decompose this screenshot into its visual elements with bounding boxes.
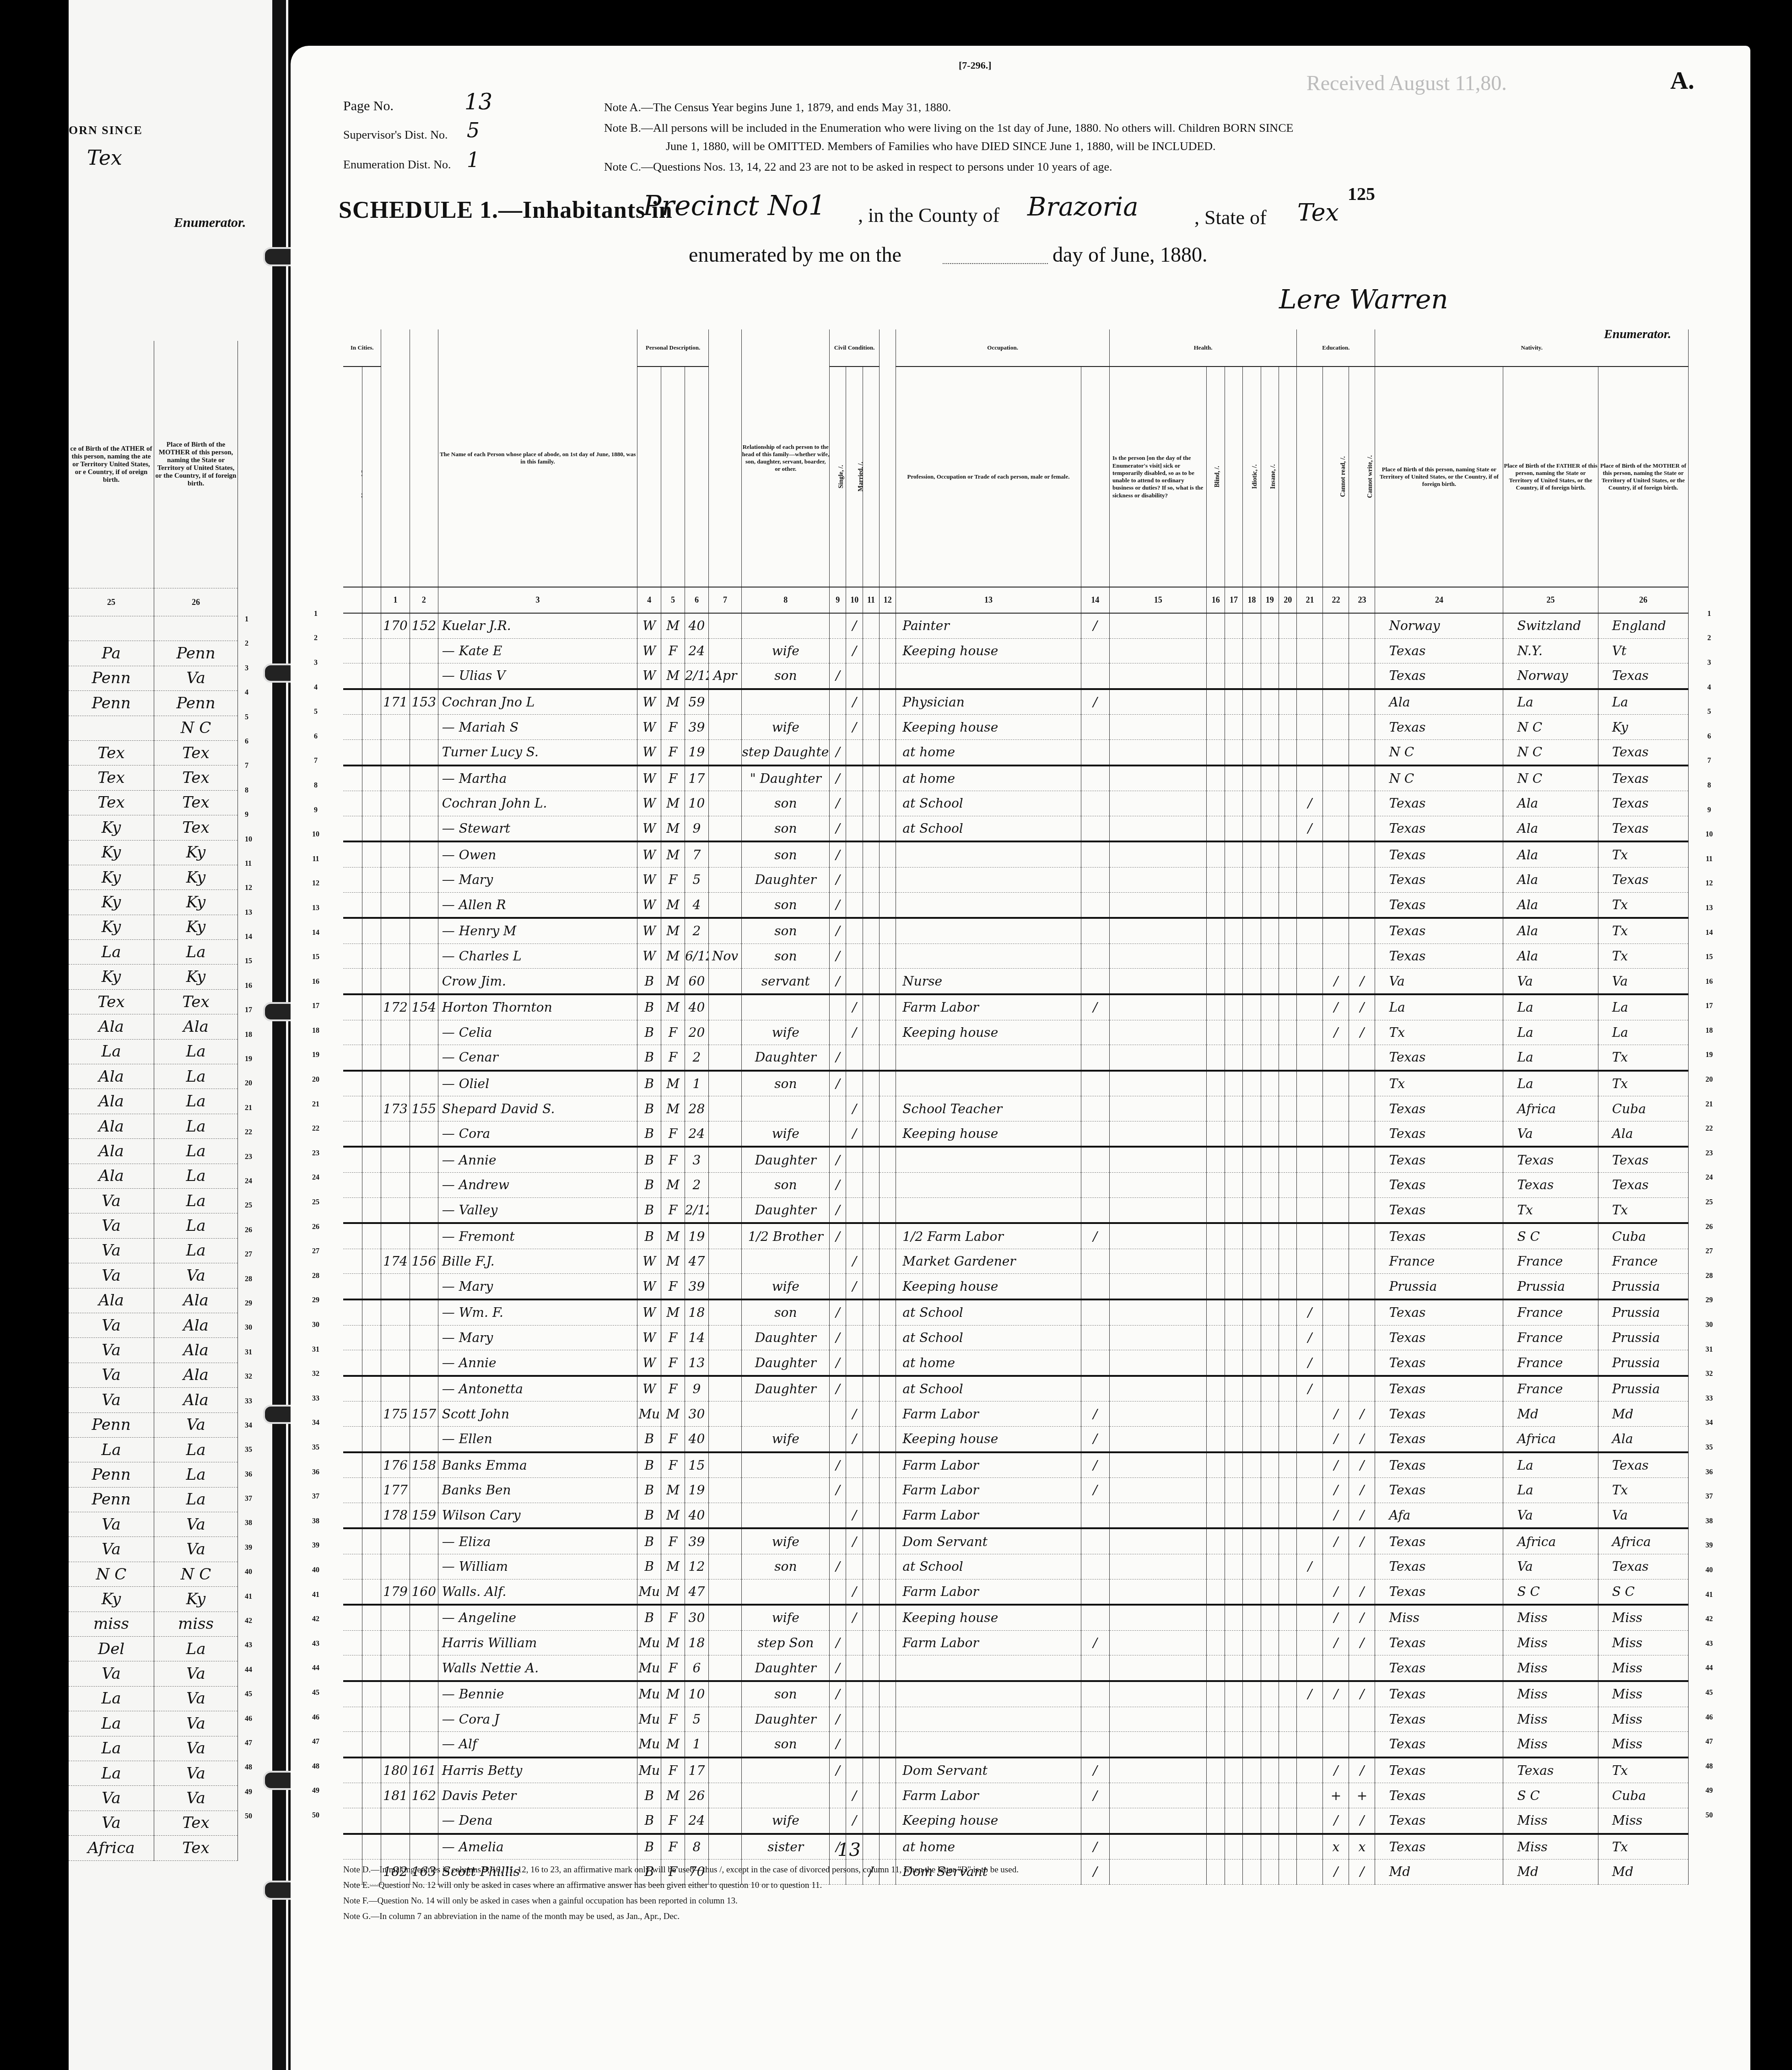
cell-color: Mu <box>637 1402 661 1427</box>
column-number: 7 <box>708 587 742 613</box>
cell-cannot-read <box>1323 1147 1349 1172</box>
cell-deaf-dumb <box>1225 1402 1242 1427</box>
adjacent-father-birthplace: La <box>69 1761 154 1785</box>
cell-cannot-read: x <box>1323 1834 1349 1860</box>
cell-maimed <box>1279 1020 1297 1045</box>
census-row: — CenarBF2Daughter/TexasLaTx <box>343 1045 1689 1071</box>
group-nativity: Nativity. <box>1375 329 1689 367</box>
cell-deaf-dumb <box>1225 1554 1242 1579</box>
cell-color: B <box>637 1427 661 1452</box>
adjacent-row-number: 6 <box>245 738 259 762</box>
cell-house <box>362 892 381 918</box>
row-number: 46 <box>1691 1705 1727 1730</box>
cell-idiotic <box>1243 613 1261 638</box>
cell-sickness <box>1109 1630 1207 1655</box>
cell-father-birthplace: La <box>1503 1071 1598 1096</box>
cell-cannot-read <box>1323 1707 1349 1732</box>
cell-birth-month <box>708 1478 742 1503</box>
cell-mother-birthplace: Prussia <box>1598 1274 1688 1299</box>
cell-relationship: wife <box>742 1121 830 1147</box>
day-of-june-label: day of June, 1880. <box>1053 243 1208 267</box>
cell-family <box>410 1045 438 1071</box>
cell-months-unemployed <box>1081 1681 1109 1707</box>
cell-name: Horton Thornton <box>438 994 637 1020</box>
cell-single: / <box>830 841 846 867</box>
cell-relationship: wife <box>742 1020 830 1045</box>
cell-sickness <box>1109 1707 1207 1732</box>
cell-widowed <box>863 1096 879 1121</box>
cell-cannot-write: / <box>1349 1808 1375 1833</box>
adjacent-father-birthplace: Va <box>69 1213 154 1238</box>
cell-cannot-read <box>1323 816 1349 841</box>
cell-idiotic <box>1243 1783 1261 1808</box>
cell-relationship: 1/2 Brother <box>742 1223 830 1249</box>
cell-deaf-dumb <box>1225 1249 1242 1274</box>
cell-street <box>343 1655 362 1681</box>
cell-widowed <box>863 1655 879 1681</box>
cell-mother-birthplace: Texas <box>1598 1452 1688 1478</box>
cell-age: 15 <box>685 1452 708 1478</box>
cell-birthplace: Texas <box>1375 1783 1503 1808</box>
cell-widowed <box>863 943 879 969</box>
cell-sickness <box>1109 1528 1207 1554</box>
cell-birthplace: Texas <box>1375 1757 1503 1783</box>
cell-insane <box>1261 791 1279 816</box>
cell-birthplace: France <box>1375 1249 1503 1274</box>
cell-widowed <box>863 918 879 943</box>
census-row: — DenaBF24wife/Keeping house//TexasMissM… <box>343 1808 1689 1833</box>
cell-dwelling <box>381 1630 410 1655</box>
cell-married-in-year <box>880 1452 896 1478</box>
column-number: 2 <box>410 587 438 613</box>
cell-street <box>343 1121 362 1147</box>
cell-birth-month <box>708 1732 742 1757</box>
adjacent-row-number: 43 <box>245 1641 259 1666</box>
column-number <box>362 587 381 613</box>
cell-occupation: Farm Labor <box>896 1478 1081 1503</box>
cell-relationship <box>742 1452 830 1478</box>
cell-married <box>846 1707 863 1732</box>
cell-idiotic <box>1243 1478 1261 1503</box>
enumeration-dist-label: Enumeration Dist. No. <box>343 158 451 172</box>
cell-name: — Antonetta <box>438 1376 637 1402</box>
col-17-header: Deaf and Dumb, /. <box>1225 367 1242 587</box>
cell-attended-school <box>1297 638 1323 663</box>
cell-age: 1 <box>685 1732 708 1757</box>
cell-single <box>830 689 846 715</box>
cell-blind <box>1207 638 1225 663</box>
cell-relationship: wife <box>742 1605 830 1630</box>
cell-name: Wilson Cary <box>438 1503 637 1528</box>
cell-single: / <box>830 1325 846 1350</box>
cell-dwelling <box>381 943 410 969</box>
cell-cannot-write <box>1349 1350 1375 1376</box>
cell-deaf-dumb <box>1225 638 1242 663</box>
cell-sickness <box>1109 994 1207 1020</box>
census-row: 175157Scott JohnMuM30/Farm Labor///Texas… <box>343 1402 1689 1427</box>
cell-married <box>846 1732 863 1757</box>
cell-sex: M <box>661 892 685 918</box>
cell-mother-birthplace: Africa <box>1598 1528 1688 1554</box>
cell-idiotic <box>1243 1605 1261 1630</box>
adjacent-mother-birthplace: Ala <box>154 1288 238 1313</box>
cell-father-birthplace: S C <box>1503 1223 1598 1249</box>
cell-blind <box>1207 892 1225 918</box>
row-number: 8 <box>291 773 341 798</box>
cell-maimed <box>1279 1528 1297 1554</box>
cell-street <box>343 689 362 715</box>
column-number: 4 <box>637 587 661 613</box>
cell-house <box>362 638 381 663</box>
cell-deaf-dumb <box>1225 1427 1242 1452</box>
cell-color: W <box>637 1350 661 1376</box>
cell-deaf-dumb <box>1225 1478 1242 1503</box>
cell-blind <box>1207 1096 1225 1121</box>
cell-house <box>362 1808 381 1833</box>
cell-father-birthplace: N C <box>1503 765 1598 791</box>
cell-single: / <box>830 791 846 816</box>
cell-sickness <box>1109 739 1207 765</box>
cell-deaf-dumb <box>1225 1528 1242 1554</box>
census-row: — OlielBM1son/TxLaTx <box>343 1071 1689 1096</box>
adjacent-father-birthplace: Ala <box>69 1139 154 1164</box>
census-row: — AntonettaWF9Daughter/at School/TexasFr… <box>343 1376 1689 1402</box>
row-number: 36 <box>291 1460 341 1485</box>
cell-insane <box>1261 841 1279 867</box>
cell-color: W <box>637 816 661 841</box>
cell-maimed <box>1279 1402 1297 1427</box>
cell-occupation: Farm Labor <box>896 1503 1081 1528</box>
cell-name: Walls Nettie A. <box>438 1655 637 1681</box>
cell-sex: M <box>661 1071 685 1096</box>
column-number: 16 <box>1207 587 1225 613</box>
cell-maimed <box>1279 1071 1297 1096</box>
state-value: Tex <box>1297 199 1339 226</box>
cell-idiotic <box>1243 1402 1261 1427</box>
adjacent-row-number: 10 <box>245 836 259 860</box>
census-row: 177Banks BenBM19/Farm Labor///TexasLaTx <box>343 1478 1689 1503</box>
cell-birth-month <box>708 1045 742 1071</box>
cell-family <box>410 841 438 867</box>
page-no-label: Page No. <box>343 98 394 114</box>
cell-sex: M <box>661 689 685 715</box>
cell-attended-school <box>1297 1020 1323 1045</box>
column-number: 6 <box>685 587 708 613</box>
cell-dwelling <box>381 1020 410 1045</box>
adjacent-mother-birthplace: La <box>154 1188 238 1213</box>
cell-insane <box>1261 1630 1279 1655</box>
cell-insane <box>1261 1478 1279 1503</box>
cell-mother-birthplace: Miss <box>1598 1630 1688 1655</box>
adjacent-father-birthplace: Va <box>69 1238 154 1263</box>
cell-sickness <box>1109 715 1207 740</box>
census-row: 180161Harris BettyMuF17/Dom Servant///Te… <box>343 1757 1689 1783</box>
cell-blind <box>1207 1707 1225 1732</box>
cell-age: 26 <box>685 1783 708 1808</box>
cell-birth-month <box>708 1096 742 1121</box>
binder-spine <box>272 0 286 2070</box>
cell-idiotic <box>1243 1071 1261 1096</box>
adjacent-mother-birthplace: Va <box>154 1711 238 1736</box>
cell-maimed <box>1279 816 1297 841</box>
cell-age: 10 <box>685 1681 708 1707</box>
cell-blind <box>1207 791 1225 816</box>
cell-single: / <box>830 765 846 791</box>
cell-blind <box>1207 1045 1225 1071</box>
adjacent-row-number: 7 <box>245 762 259 786</box>
cell-cannot-read <box>1323 1197 1349 1223</box>
cell-family <box>410 1808 438 1833</box>
row-number: 3 <box>291 651 341 675</box>
cell-occupation: at School <box>896 1325 1081 1350</box>
cell-street <box>343 1096 362 1121</box>
cell-dwelling: 170 <box>381 613 410 638</box>
cell-blind <box>1207 1402 1225 1427</box>
cell-widowed <box>863 1554 879 1579</box>
cell-idiotic <box>1243 1528 1261 1554</box>
census-row: Cochran John L.WM10son/at School/TexasAl… <box>343 791 1689 816</box>
note-d: Note D.—In making entries in columns 9, … <box>343 1862 1019 1878</box>
cell-idiotic <box>1243 1020 1261 1045</box>
cell-cannot-read <box>1323 689 1349 715</box>
cell-single: / <box>830 1173 846 1198</box>
cell-single <box>830 1020 846 1045</box>
cell-father-birthplace: Miss <box>1503 1681 1598 1707</box>
adjacent-father-birthplace: Ky <box>69 890 154 915</box>
cell-attended-school <box>1297 1757 1323 1783</box>
cell-sickness <box>1109 613 1207 638</box>
cell-deaf-dumb <box>1225 969 1242 994</box>
cell-color: W <box>637 791 661 816</box>
footer-notes: Note D.—In making entries in columns 9, … <box>343 1862 1019 1924</box>
cell-maimed <box>1279 1299 1297 1325</box>
cell-sex: F <box>661 765 685 791</box>
cell-age: 18 <box>685 1630 708 1655</box>
group-occupation: Occupation. <box>896 329 1110 367</box>
cell-attended-school <box>1297 1528 1323 1554</box>
cell-deaf-dumb <box>1225 1325 1242 1350</box>
cell-married <box>846 841 863 867</box>
cell-sex: M <box>661 969 685 994</box>
cell-months-unemployed <box>1081 1579 1109 1605</box>
row-number: 33 <box>1691 1386 1727 1411</box>
cell-birthplace: Texas <box>1375 1732 1503 1757</box>
cell-name: Banks Emma <box>438 1452 637 1478</box>
cell-age: 18 <box>685 1299 708 1325</box>
cell-dwelling <box>381 1299 410 1325</box>
cell-widowed <box>863 1020 879 1045</box>
cell-cannot-write <box>1349 841 1375 867</box>
cell-blind <box>1207 1681 1225 1707</box>
adjacent-row-number: 30 <box>245 1324 259 1348</box>
col-3-header: The Name of each Person whose place of a… <box>438 329 637 587</box>
row-number: 28 <box>1691 1264 1727 1288</box>
cell-occupation: Keeping house <box>896 1020 1081 1045</box>
cell-relationship: Daughter <box>742 1350 830 1376</box>
cell-idiotic <box>1243 1376 1261 1402</box>
adjacent-row: AlaAla <box>69 1288 238 1313</box>
cell-deaf-dumb <box>1225 1783 1242 1808</box>
cell-blind <box>1207 1274 1225 1299</box>
cell-attended-school: / <box>1297 1325 1323 1350</box>
cell-idiotic <box>1243 1197 1261 1223</box>
cell-attended-school <box>1297 1427 1323 1452</box>
cell-cannot-read <box>1323 1655 1349 1681</box>
cell-attended-school <box>1297 1274 1323 1299</box>
cell-father-birthplace: Miss <box>1503 1808 1598 1833</box>
cell-widowed <box>863 1147 879 1172</box>
adjacent-row: N C <box>69 716 238 740</box>
cell-dwelling <box>381 1427 410 1452</box>
adjacent-row-number: 20 <box>245 1079 259 1104</box>
cell-street <box>343 1274 362 1299</box>
cell-maimed <box>1279 1655 1297 1681</box>
cell-blind <box>1207 1808 1225 1833</box>
cell-birthplace: Texas <box>1375 1452 1503 1478</box>
cell-street <box>343 867 362 892</box>
cell-blind <box>1207 1350 1225 1376</box>
cell-occupation: Nurse <box>896 969 1081 994</box>
cell-married: / <box>846 715 863 740</box>
cell-house <box>362 1071 381 1096</box>
cell-idiotic <box>1243 1223 1261 1249</box>
cell-blind <box>1207 1605 1225 1630</box>
cell-cannot-read <box>1323 943 1349 969</box>
cell-deaf-dumb <box>1225 1274 1242 1299</box>
supervisor-dist-value: 5 <box>467 119 480 142</box>
cell-attended-school <box>1297 943 1323 969</box>
cell-occupation: Keeping house <box>896 1808 1081 1833</box>
adjacent-mother-birthplace: miss <box>154 1612 238 1636</box>
cell-sickness <box>1109 1478 1207 1503</box>
cell-married-in-year <box>880 943 896 969</box>
cell-blind <box>1207 1071 1225 1096</box>
row-number: 27 <box>1691 1239 1727 1264</box>
cell-age: 28 <box>685 1096 708 1121</box>
adjacent-row-number: 35 <box>245 1446 259 1470</box>
cell-age: 30 <box>685 1605 708 1630</box>
cell-sex: F <box>661 1350 685 1376</box>
adjacent-mother-birthplace: Ala <box>154 1363 238 1387</box>
cell-birth-month <box>708 765 742 791</box>
cell-name: Davis Peter <box>438 1783 637 1808</box>
cell-street <box>343 1045 362 1071</box>
cell-occupation: at home <box>896 765 1081 791</box>
cell-street <box>343 1147 362 1172</box>
row-number: 36 <box>1691 1460 1727 1485</box>
cell-age: 24 <box>685 638 708 663</box>
cell-deaf-dumb <box>1225 1834 1242 1860</box>
cell-birthplace: Texas <box>1375 867 1503 892</box>
cell-attended-school <box>1297 1707 1323 1732</box>
note-a: Note A.—The Census Year begins June 1, 1… <box>604 101 951 114</box>
cell-occupation <box>896 1197 1081 1223</box>
cell-deaf-dumb <box>1225 816 1242 841</box>
cell-sickness <box>1109 1402 1207 1427</box>
adjacent-row-number: 1 <box>245 615 259 640</box>
cell-married <box>846 1173 863 1198</box>
cell-family: 154 <box>410 994 438 1020</box>
cell-deaf-dumb <box>1225 918 1242 943</box>
cell-birthplace: N C <box>1375 739 1503 765</box>
cell-house <box>362 918 381 943</box>
cell-cannot-write <box>1349 1325 1375 1350</box>
cell-married-in-year <box>880 1173 896 1198</box>
cell-maimed <box>1279 1249 1297 1274</box>
cell-birth-month <box>708 816 742 841</box>
cell-married <box>846 1071 863 1096</box>
cell-age: 24 <box>685 1808 708 1833</box>
cell-single: / <box>830 1350 846 1376</box>
adjacent-row-number: 25 <box>245 1202 259 1226</box>
row-number: 15 <box>1691 945 1727 970</box>
adjacent-father-birthplace: La <box>69 1736 154 1761</box>
adjacent-mother-birthplace: Tex <box>154 1836 238 1860</box>
cell-idiotic <box>1243 1834 1261 1860</box>
cell-idiotic <box>1243 1045 1261 1071</box>
cell-sickness <box>1109 1173 1207 1198</box>
cell-insane <box>1261 1732 1279 1757</box>
cell-occupation: School Teacher <box>896 1096 1081 1121</box>
adjacent-father-birthplace: La <box>69 1686 154 1711</box>
cell-attended-school <box>1297 663 1323 689</box>
cell-birthplace: Texas <box>1375 663 1503 689</box>
cell-months-unemployed: / <box>1081 1478 1109 1503</box>
cell-birth-month <box>708 1173 742 1198</box>
adjacent-row-number: 42 <box>245 1617 259 1641</box>
cell-sickness <box>1109 841 1207 867</box>
cell-house <box>362 1274 381 1299</box>
adjacent-father-birthplace <box>69 716 154 740</box>
adjacent-mother-birthplace: La <box>154 1139 238 1164</box>
cell-sex: M <box>661 1223 685 1249</box>
row-number: 31 <box>1691 1337 1727 1362</box>
cell-mother-birthplace: Tx <box>1598 1478 1688 1503</box>
cell-relationship <box>742 1757 830 1783</box>
adjacent-father-birthplace: La <box>69 940 154 965</box>
cell-deaf-dumb <box>1225 867 1242 892</box>
cell-sickness <box>1109 1376 1207 1402</box>
cell-family <box>410 1274 438 1299</box>
adjacent-row: PennVa <box>69 666 238 690</box>
stamped-page-number: 125 <box>1348 183 1375 205</box>
cell-married <box>846 1197 863 1223</box>
cell-mother-birthplace: Miss <box>1598 1732 1688 1757</box>
cell-mother-birthplace: England <box>1598 613 1688 638</box>
cell-house <box>362 994 381 1020</box>
cell-deaf-dumb <box>1225 1121 1242 1147</box>
cell-father-birthplace: Texas <box>1503 1757 1598 1783</box>
row-number: 31 <box>291 1337 341 1362</box>
cell-age: 47 <box>685 1249 708 1274</box>
cell-mother-birthplace: Miss <box>1598 1655 1688 1681</box>
cell-dwelling <box>381 1197 410 1223</box>
cell-maimed <box>1279 994 1297 1020</box>
cell-mother-birthplace: Miss <box>1598 1605 1688 1630</box>
cell-street <box>343 1554 362 1579</box>
cell-idiotic <box>1243 1808 1261 1833</box>
cell-single <box>830 638 846 663</box>
cell-cannot-write: / <box>1349 1503 1375 1528</box>
cell-blind <box>1207 1630 1225 1655</box>
cell-occupation: at School <box>896 1554 1081 1579</box>
cell-widowed <box>863 1808 879 1833</box>
cell-name: — Fremont <box>438 1223 637 1249</box>
cell-name: — Valley <box>438 1197 637 1223</box>
cell-married-in-year <box>880 1503 896 1528</box>
cell-birth-month <box>708 715 742 740</box>
cell-married-in-year <box>880 1554 896 1579</box>
